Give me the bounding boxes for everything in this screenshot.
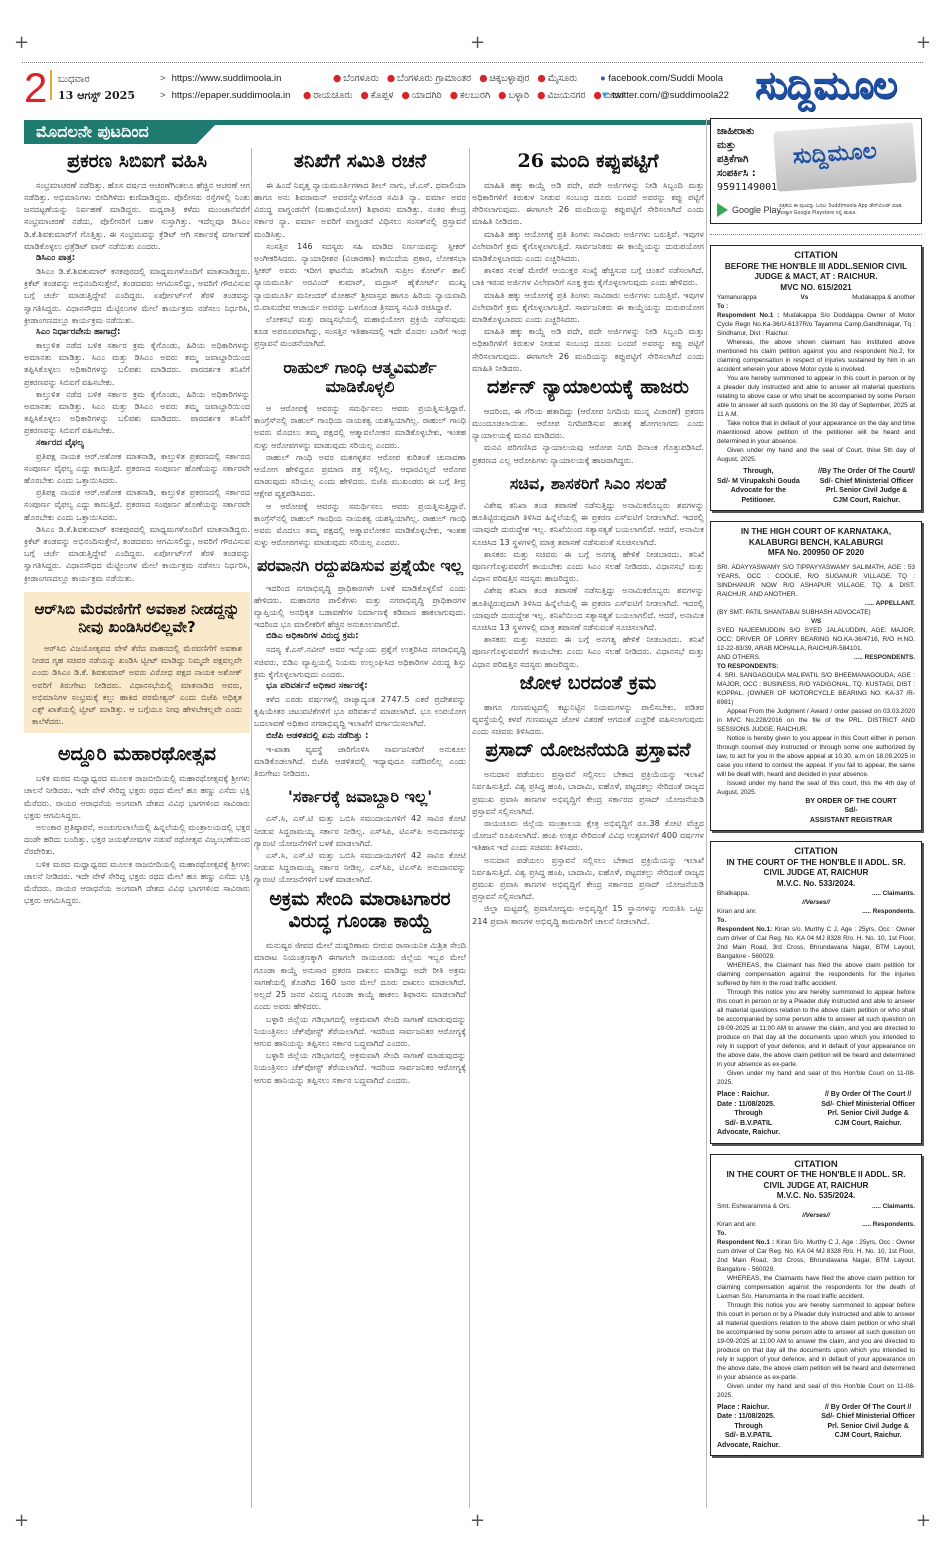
others: AND OTHERS. [717, 653, 761, 662]
date-block: ಬುಧವಾರ 13 ಆಗಸ್ಟ್ 2025 [58, 72, 135, 104]
claimant-row: Smt. Eshwaramma & Ors...... Claimants. [717, 1202, 915, 1211]
sig-line: Petitioner. [717, 496, 800, 506]
respondents-label: ..... Respondents. [862, 907, 915, 916]
page-number: 2 [24, 66, 47, 110]
sig-line: ASSISTANT REGISTRAR [787, 816, 915, 826]
article-text: ಈ ಹಿಂದೆ ನಿವೃತ್ತ ನ್ಯಾಯಮೂರ್ತಿಗಳಾದ ಶೀಲ್ ನಾಗ… [254, 179, 466, 240]
weekday: ಬುಧವಾರ [58, 72, 135, 88]
signature-right: // By Order Of The Court // Sd/- Chief M… [821, 1090, 915, 1138]
appellant-details: SRI. ADAYYASWAMY S/O TIPPAYYASWAMY SALIM… [717, 563, 915, 599]
article-text: ಎಸ್.ಸಿ, ಎಸ್.ಟಿ ಮತ್ತು ಒಬಿಸಿ ಸಮುದಾಯಗಳಿಗೆ 4… [254, 812, 466, 849]
edition-cities: ●ಬೆಂಗಳೂರು ●ಬೆಂಗಳೂರು ಗ್ರಾಮಾಂತರ ●ಚಿಕ್ಕಬಳ್ಳ… [298, 70, 624, 104]
article-text: ಆದರಿಂದ, ಈ ಗೆರಿಯ ಹತಾದಿದ್ದು (ಆರೋಪ ನಿಗದಿಯ ಮ… [472, 405, 704, 442]
legal-notice-mvc-533: CITATION IN THE COURT OF THE HON'BLE II … [710, 841, 922, 1144]
sig-line: Sd/- M Virupakshi Gouda [717, 477, 800, 487]
city: ಕೊಪ್ಪಳ [371, 90, 394, 101]
notice-paragraph: Appeal From the Judgment / Award / order… [717, 707, 915, 734]
masthead: 2 ಬುಧವಾರ 13 ಆಗಸ್ಟ್ 2025 >https://www.sud… [22, 66, 927, 110]
article-text: ರಾಹುಲ್ ಗಾಂಧಿ ಅವರ ಮತಗಳ್ಳತನ ಆರೋಪ ಕುರಿತಂತೆ … [254, 451, 466, 500]
website-links: >https://www.suddimoola.in >https://epap… [160, 70, 290, 104]
claimant-row: Bhatkappa...... Claimants. [717, 889, 915, 898]
respondent-party: Kiran and anr. [717, 907, 757, 916]
sig-line: Advocate, Raichur. [717, 1441, 780, 1451]
notice-court: IN THE HIGH COURT OF KARNATAKA, KALABURG… [717, 527, 915, 548]
headline-darshan: ದರ್ಶನ್ ನ್ಯಾಯಾಲಯಕ್ಕೆ ಹಾಜರು [472, 376, 704, 399]
respondent-label: Respondent No.1: [717, 926, 772, 933]
bullet-icon: ● [333, 73, 341, 84]
versus: V/S [717, 617, 915, 626]
respondent-4: 4. SRI. SANGAGOUDA MALIPATIL S/O BHEEMAN… [717, 671, 915, 707]
crop-mark: + [14, 1512, 29, 1530]
article-text: ಡಿಸಿಎಂ ಡಿ.ಕೆ.ಶಿವಕುಮಾರ್ ಕನಕಪುರದಲ್ಲಿ ಮಾಧ್ಯ… [24, 265, 250, 326]
article-text: ಅನುದಾನ ಪಡೆಯಲು ಪ್ರಸ್ತಾವನೆ ಸಲ್ಲಿಸಲು ಬೇಕಾದ … [472, 768, 704, 817]
versus: Vs [800, 293, 808, 302]
section-title: ಮೊದಲನೇ ಪುಟದಿಂದ [24, 122, 149, 141]
city: ಬೆಂಗಳೂರು ಗ್ರಾಮಾಂತರ [397, 73, 471, 84]
subheading: ಸರ್ಕಾರದ ವೈಫಲ್ಯ [24, 437, 250, 450]
crop-mark: + [916, 1512, 931, 1530]
article-text: ವಿಶೇಷ ತನಿಖಾ ತಂಡ ತಪಾಸಣೆ ನಡೆಸುತ್ತಿದ್ದು ಅನಾ… [472, 584, 704, 633]
article-text: ಕಾಲ್ತುಳಿತ ನಡೆದ ಬಳಿಕ ಸರ್ಕಾರ ಕ್ರಮ ಕೈಗೊಂಡು,… [24, 388, 250, 437]
headline-jowar: ಜೋಳ ಬರದಂತೆ ಕ್ರಮ [472, 672, 704, 695]
city: ಚಿಕ್ಕಬಳ್ಳಾಪುರ [490, 73, 530, 84]
notice-paragraph: Given under my hand and seal of this Hon… [717, 1069, 915, 1087]
headline-cbi: ಪ್ರಕರಣ ಸಿಬಿಐಗೆ ವಹಿಸಿ [24, 150, 250, 173]
sig-line: Through, [717, 467, 800, 477]
highlight-box: ಆರ್‌ಸಿಬಿ ಮೆರವಣಿಗೆಗೆ ಅವಕಾಶ ನೀಡದ್ದನ್ನು ನೀವ… [24, 592, 250, 733]
notice-title: CITATION [717, 847, 915, 858]
notice-paragraph: Whereas, the above shown claimant has in… [717, 338, 915, 374]
notice-paragraph: Through this notice you are hereby summo… [717, 988, 915, 1069]
article-text: ಹಾಗೂ ಗುಣಮಟ್ಟದಲ್ಲಿ ಕಟ್ಟುನಿಟ್ಟಿನ ನಿಯಮಗಳನ್ನ… [472, 701, 704, 738]
sig-line: Date : 11/08/2025. [717, 1412, 780, 1422]
article-text: ಮನವಿ ಪರಿಗಣಿಸಿದ ನ್ಯಾಯಾಲಯವು ಆರೋಪ ನಿಗದಿ ದಿನ… [472, 441, 704, 465]
claimant-label: ..... Claimants. [872, 889, 915, 898]
bullet-icon: ● [498, 90, 506, 101]
bullet-icon: ● [303, 90, 311, 101]
article-text: ಆ ಆರೋಪಕ್ಕೆ ಆವರನ್ನು ಸಮರ್ಥಿಸಲು ಆವರು ಪ್ರಯತ್… [254, 500, 466, 549]
article-text: ಪ್ರತಿಪಕ್ಷ ನಾಯಕ ಆರ್.ಅಶೋಕ ಮಾತನಾಡಿ, ಕಾಲ್ತುಳ… [24, 450, 250, 487]
sig-line: Prl. Senior Civil Judge & [821, 1422, 915, 1432]
paper-logo: ಸುದ್ದಿಮೂಲ [792, 139, 878, 170]
signature-right: // By Order Of The Court // Sd/- Chief M… [821, 1403, 915, 1451]
sig-line: BY ORDER OF THE COURT [787, 797, 915, 807]
notice-to: To. [717, 1229, 915, 1238]
article-text: ಶಾಸಕರು ಮತ್ತು ಸಚಿವರು ಈ ಬಗ್ಗೆ ಅನಗತ್ಯ ಹೇಳಿಕ… [472, 548, 704, 585]
claimant: Smt. Eshwaramma & Ors. [717, 1202, 791, 1211]
column-rule [469, 148, 470, 1508]
facebook-link[interactable]: facebook.com/Suddi Moola [608, 73, 723, 84]
headline-cm-advice: ಸಚಿವ, ಶಾಸಕರಿಗೆ ಸಿಎಂ ಸಲಹೆ [472, 474, 704, 493]
notice-paragraph: You are hereby summoned to appear in thi… [717, 374, 915, 419]
to-respondents: TO RESPONDENTS: [717, 662, 915, 671]
box-headline: ಆರ್‌ಸಿಬಿ ಮೆರವಣಿಗೆಗೆ ಅವಕಾಶ ನೀಡದ್ದನ್ನು ನೀವ… [32, 600, 242, 636]
article-text: ಮಾಹಿತಿ ಹಕ್ಕು ಕಾಯ್ದೆ ಅಡಿ ಪದೇ, ಪದೇ ಅರ್ಜಿಗಳ… [472, 179, 704, 228]
appellant-label: ..... APPELLANT. [717, 599, 915, 608]
city: ಯಾದಗಿರಿ [412, 90, 442, 101]
headline-goonda-act: ಅಕ್ರಮ ಸೇಂದಿ ಮಾರಾಟಗಾರರ ವಿರುದ್ಧ ಗೂಂಡಾ ಕಾಯ್… [254, 888, 466, 934]
article-text: ಇ-ಖಾತಾ ವ್ಯವಸ್ಥೆ ಜಾರಿಗೊಳಿಸಿ ಸಾರ್ವಜನಿಕರಿಗೆ… [254, 743, 466, 780]
sig-line: Sd/- Chief Ministerial Officer [821, 1100, 915, 1110]
sig-line: Sd/- [787, 806, 915, 816]
city: ಮೈಸೂರು [548, 73, 578, 84]
subheading: ಬಿಜೆಪಿ ಆಡಳಿತದಲ್ಲಿ ಏನು ನಡೆದಿತ್ತು : [254, 730, 466, 743]
sig-line: // By Order Of The Court // [821, 1090, 915, 1100]
city: ಬಳ್ಳಾರಿ [508, 90, 529, 101]
headline-prasad-scheme: ಪ್ರಸಾದ್ ಯೋಜನೆಯಡಿ ಪ್ರಸ್ತಾವನೆ [472, 739, 704, 762]
notice-paragraph: WHEREAS, the Claimants have filed the ab… [717, 1274, 915, 1301]
notice-signatures: Place : Raichur. Date : 11/08/2025. Thro… [717, 1090, 915, 1138]
versus: //Verses// [717, 1211, 915, 1220]
section-banner: ಮೊದಲನೇ ಪುಟದಿಂದ [24, 120, 710, 144]
store-label: Google Play [732, 205, 781, 215]
article-text: ಜಿಲ್ಲಾ ಮಟ್ಟದಲ್ಲಿ ಪ್ರವಾಸೋದ್ಯಮ ಅಭಿವೃದ್ಧಿಗೆ… [472, 902, 704, 926]
article-column-1: ಪ್ರಕರಣ ಸಿಬಿಐಗೆ ವಹಿಸಿ ಸಂಭ್ರಮಾಚರಣೆ ನಡೆದಿತ್… [24, 148, 250, 1508]
legal-notice-mvc-615: CITATION BEFORE THE HON'BLE III ADDL.SEN… [710, 245, 922, 511]
city: ಬೆಂಗಳೂರು [343, 73, 378, 84]
versus: //Verses// [717, 898, 915, 907]
city: ಕಲಬುರಗಿ [460, 90, 490, 101]
respondent-label: Respondent No.1 : [717, 1239, 774, 1246]
article-text: ಡಿಸಿಎಂ ಡಿ.ಕೆ.ಶಿವಕುಮಾರ್ ಕನಕಪುರದಲ್ಲಿ ಮಾಧ್ಯ… [24, 523, 250, 584]
article-text: ಸಂಭ್ರಮಾಚರಣೆ ನಡೆದಿತ್ತು. ಹೊಸ ವರ್ಷದ ಆಚರಣೆಗಿ… [24, 179, 250, 252]
sig-line: Sd/- B.V.PATIL [717, 1119, 780, 1129]
article-text: ಮನುಷ್ಯರ ಜೀವದ ಮೇಲೆ ದುಷ್ಪರಿಣಾಮ ಬೀರುವ ರಾಸಾಯ… [254, 939, 466, 1012]
signature-left: Through, Sd/- M Virupakshi Gouda Advocat… [717, 467, 800, 505]
article-text: ಮಾಹಿತಿ ಹಕ್ಕು ಕಾಯ್ದೆ ಅಡಿ ಪದೇ, ಪದೇ ಅರ್ಜಿಗಳ… [472, 325, 704, 374]
chevron-right-icon: > [160, 73, 166, 84]
article-text: ವಿಶೇಷ ತನಿಖಾ ತಂಡ ತಪಾಸಣೆ ನಡೆಸುತ್ತಿದ್ದು ಅನಾ… [472, 499, 704, 548]
sig-line: Prl. Senior Civil Judge & [818, 486, 915, 496]
notice-case-no: MVC NO. 615/2021 [717, 283, 915, 294]
notice-title: CITATION [717, 1160, 915, 1171]
crop-mark: + [470, 34, 485, 52]
notice-paragraph: Take notice that in default of your appe… [717, 419, 915, 446]
notice-to: To : [717, 302, 915, 311]
respondents-label: ..... Respondents. [862, 1220, 915, 1229]
respondent-party: Mudakappa & another [852, 293, 915, 302]
bullet-icon: ● [537, 90, 545, 101]
article-column-3: 26 ಮಂದಿ ಕಪ್ಪುಪಟ್ಟಿಗೆ ಮಾಹಿತಿ ಹಕ್ಕು ಕಾಯ್ದೆ… [472, 148, 704, 1508]
article-text: ಕಾಲ್ತುಳಿತ ನಡೆದ ಬಳಿಕ ಸರ್ಕಾರ ಕ್ರಮ ಕೈಗೊಂಡು,… [24, 339, 250, 388]
signature-block: BY ORDER OF THE COURT Sd/- ASSISTANT REG… [787, 797, 915, 826]
headline-rahul: ರಾಹುಲ್ ಗಾಂಧಿ ಆತ್ಮವಿಮರ್ಶೆ ಮಾಡಿಕೊಳ್ಳಲಿ [254, 358, 466, 396]
notice-to: To. [717, 916, 915, 925]
sig-line: Place : Raichur. [717, 1403, 780, 1413]
sig-line: //By The Order Of The Court// [818, 467, 915, 477]
notice-case-no: M.V.C. No. 533/2024. [717, 879, 915, 890]
sig-line: Sd/- Chief Ministerial Officer [818, 477, 915, 487]
newspaper-image: ಸುದ್ದಿಮೂಲ [773, 122, 917, 192]
notice-paragraph: Given under my hand and the seal of Cour… [717, 446, 915, 464]
article-text: ಸಂಸತ್ತಿನ 146 ಸದಸ್ಯರು ಸಹಿ ಮಾಡಿದ ನಿರ್ಣಯವನ್… [254, 240, 466, 313]
bullet-icon: ● [402, 90, 410, 101]
notice-case-no: MFA No. 200950 OF 2020 [717, 548, 915, 559]
google-play-icon [717, 203, 728, 217]
bullet-icon: ● [387, 73, 395, 84]
sig-line: Through [717, 1422, 780, 1432]
notice-paragraph: Notice is hereby given to you appear in … [717, 734, 915, 779]
notice-title: CITATION [717, 251, 915, 262]
petitioner: Yamanurappa [717, 293, 757, 302]
banner-rule [194, 120, 710, 125]
notice-court: IN THE COURT OF THE HON'BLE II ADDL. SR.… [717, 858, 915, 879]
notice-paragraph: Through this notice you are hereby summo… [717, 1301, 915, 1382]
website-link[interactable]: https://www.suddimoola.in [172, 73, 282, 84]
social-links: ● facebook.com/Suddi Moola ▼ twitter.com… [600, 70, 729, 104]
crop-mark: + [470, 1512, 485, 1530]
city: ರಾಯಚೂರು [313, 90, 352, 101]
notice-respondent: Respondent No.1: Kiran s/o. Murthy C J, … [717, 925, 915, 961]
twitter-icon: ▼ [600, 90, 609, 101]
article-text: ಮಾಹಿತಿ ಹಕ್ಕು ಆಯೋಗಕ್ಕೆ ಪ್ರತಿ ತಿಂಗಳು ಸಾವಿರ… [472, 228, 704, 265]
box-text: ಆರ್‌ಸಿಬಿ ವಿಜಯೋತ್ಸವದ ವೇಳೆ ತೆರೆದ ವಾಹನದಲ್ಲಿ… [32, 642, 242, 727]
bullet-icon: ● [479, 73, 487, 84]
claimant: Bhatkappa. [717, 889, 749, 898]
sig-line: Sd/- B.V.PATIL [717, 1431, 780, 1441]
article-text: ಲೋಕಸಭೆ ಮತ್ತು ರಾಜ್ಯಸಭೆಯಲ್ಲಿ ಮಹಾಭಿಯೋಗ ಪ್ರಕ… [254, 313, 466, 350]
notice-respondent: Respomdent No.1 : Mudakappa S/o Doddappa… [717, 311, 915, 338]
signature-right: //By The Order Of The Court// Sd/- Chief… [818, 467, 915, 505]
column-rule [251, 148, 252, 1508]
newspaper-logo: ಸುದ್ದಿಮೂಲ [755, 62, 896, 108]
article-text: ಇದರಿಂದ ನಗರಾಭಿವೃದ್ಧಿ ಪ್ರಾಧಿಕಾರಗಳೇ ಬಳಕೆ ಮಾ… [254, 582, 466, 631]
google-play-badge[interactable]: Google Play [717, 203, 781, 217]
subheading: ಭೂ ಪರಿವರ್ತನೆ ಅಧಿಕಾರ ಸರ್ಕಾರಕ್ಕೆ: [254, 680, 466, 693]
article-text: ಶಾಸಕರು ಮತ್ತು ಸಚಿವರು ಈ ಬಗ್ಗೆ ಅನಗತ್ಯ ಹೇಳಿಕ… [472, 633, 704, 670]
headline-responsibility: 'ಸರ್ಕಾರಕ್ಕೆ ಜವಾಬ್ದಾರಿ ಇಲ್ಲ' [254, 787, 466, 806]
respondents-label: ..... RESPONDENTS. [854, 653, 915, 662]
masthead-divider [50, 70, 52, 100]
notice-respondent: Respondent No.1 : Kiran S/o. Murthy C J,… [717, 1238, 915, 1274]
headline-license: ಪರವಾನಗಿ ರದ್ದುಪಡಿಸುವ ಪ್ರಶ್ನೆಯೇ ಇಲ್ಲ [254, 556, 466, 575]
article-text: ಕಳೆದ ಎರಡು ವರ್ಷಗಳಲ್ಲಿ ರಾಜ್ಯಾದ್ಯಂತ 2747.5 … [254, 693, 466, 730]
claimant-label: ..... Claimants. [872, 1202, 915, 1211]
notice-paragraph: Given under my hand and seal of this Hon… [717, 1382, 915, 1400]
facebook-icon: ● [600, 73, 606, 84]
article-text: ಮಾಹಿತಿ ಹಕ್ಕು ಆಯೋಗಕ್ಕೆ ಪ್ರತಿ ತಿಂಗಳು ಸಾವಿರ… [472, 289, 704, 326]
signature-left: Place : Raichur. Date : 11/08/2025. Thro… [717, 1090, 780, 1138]
article-text: ಬಳಿಕ ಮಠದ ಮಧ್ವಾಧ್ವರದ ಮೂಲಕ ರಾಜಬೀದಿಯಲ್ಲಿ ಮಹ… [24, 772, 250, 821]
subheading: ಬಿಡಿಎ ಅಧಿಕಾರಿಗಳ ವಿರುದ್ಧ ಕ್ರಮ: [254, 630, 466, 643]
subheading: ಸಿಎಂ ನಿರ್ಧಾರವೇನು ಹಾಗಾದ್ರೆ: [24, 326, 250, 339]
legal-notice-mfa-200950: IN THE HIGH COURT OF KARNATAKA, KALABURG… [710, 521, 922, 831]
article-text: ರಾಯಚೂರು ಜಿಲ್ಲೆಯ ಮಂತ್ರಾಲಯ ಕ್ಷೇತ್ರ ಅಭಿವೃದ್… [472, 817, 704, 854]
sig-line: Advocate for the [717, 486, 800, 496]
respondent-row: Kiran and anr...... Respondents. [717, 1220, 915, 1229]
headline-rathotsava: ಅದ್ದೂರಿ ಮಹಾರಥೋತ್ಸವ [24, 743, 250, 766]
crop-mark: + [14, 34, 29, 52]
chevron-right-icon: > [160, 90, 166, 101]
notice-signatures: Place : Raichur. Date : 11/08/2025. Thro… [717, 1403, 915, 1451]
bullet-icon: ● [537, 73, 545, 84]
respondent-label: Respomdent No.1 : [717, 312, 779, 319]
headline-committee: ತನಿಖೆಗೆ ಸಮಿತಿ ರಚನೆ [254, 150, 466, 173]
sig-line: Sd/- Chief Ministerial Officer [821, 1412, 915, 1422]
legal-notice-mvc-535: CITATION IN THE COURT OF THE HON'BLE II … [710, 1154, 922, 1457]
sig-line: CJM Court, Raichur. [821, 1431, 915, 1441]
article-column-2: ತನಿಖೆಗೆ ಸಮಿತಿ ರಚನೆ ಈ ಹಿಂದೆ ನಿವೃತ್ತ ನ್ಯಾಯ… [254, 148, 466, 1508]
sig-line: Date : 11/08/2025. [717, 1100, 780, 1110]
respondent-row: AND OTHERS. ..... RESPONDENTS. [717, 653, 915, 662]
sig-line: Prl. Senior Civil Judge & [821, 1109, 915, 1119]
signature-left: Place : Raichur. Date : 11/08/2025. Thro… [717, 1403, 780, 1451]
sig-line: CJM Court, Raichur. [821, 1119, 915, 1129]
issue-date: 13 ಆಗಸ್ಟ್ 2025 [58, 88, 135, 104]
respondent-party: Kiran and anr. [717, 1220, 757, 1229]
sig-line: CJM Court, Raichur. [818, 496, 915, 506]
city: ವಿಜಯನಗರ [547, 90, 585, 101]
respondent-details: SYED NAJEEMUDDIN S/O SYED JALALUDDIN, AG… [717, 626, 915, 653]
article-text: ಅಲಂಕಾರ ಪ್ರತಿಷ್ಠಾಪನೆ, ಅಂಚುಗುಲಾಲೆಯಲ್ಲಿ ಹಿನ… [24, 821, 250, 858]
article-text: ಎಸ್.ಸಿ, ಎಸ್.ಟಿ ಮತ್ತು ಒಬಿಸಿ ಸಮುದಾಯಗಳಿಗೆ 4… [254, 849, 466, 886]
column-rule [706, 118, 707, 1508]
notice-case-no: M.V.C. No. 535/2024. [717, 1191, 915, 1202]
epaper-link[interactable]: https://epaper.suddimoola.in [172, 90, 291, 101]
twitter-link[interactable]: twitter.com/@suddimoola22 [612, 90, 729, 101]
sig-line: Place : Raichur. [717, 1090, 780, 1100]
respondent-row: Kiran and anr...... Respondents. [717, 907, 915, 916]
article-text: ಬಳಿಕ ಮಠದ ಮಧ್ವಾಧ್ವರದ ಮೂಲಕ ರಾಜಬೀದಿಯಲ್ಲಿ ಮಹ… [24, 858, 250, 907]
article-text: ಸದಸ್ಯ ಕೆ.ಎಸ್.ನವೀನ್ ಅವರ ಇನ್ನೊಂದು ಪ್ರಶ್ನೆಗ… [254, 643, 466, 680]
notice-signatures: Through, Sd/- M Virupakshi Gouda Advocat… [717, 467, 915, 505]
sig-line: // By Order Of The Court // [821, 1403, 915, 1413]
article-text: ಬಳ್ಳಾರಿ ಜಿಲ್ಲೆಯ ಗಡಿಭಾಗದಲ್ಲಿ ಅಕ್ರಮವಾಗಿ ಸೇ… [254, 1013, 466, 1050]
advocate: (BY SMT. PATIL SHANTABAI SUBHASH ADVOCAT… [717, 608, 915, 617]
notice-parties: Yamanurappa Vs Mudakappa & another [717, 293, 915, 302]
article-text: ಶಾಸಕರ ಸಲಹೆ ಮೇರೆಗೆ ಆಯುಕ್ತರ ಸಂಖ್ಯೆ ಹೆಚ್ಚಿಸ… [472, 264, 704, 288]
article-text: ಪ್ರತಿಪಕ್ಷ ನಾಯಕ ಆರ್.ಅಶೋಕ ಮಾತನಾಡಿ, ಕಾಲ್ತುಳ… [24, 486, 250, 523]
bullet-icon: ● [360, 90, 368, 101]
sig-line: Advocate, Raichur. [717, 1128, 780, 1138]
divider [710, 234, 922, 235]
bullet-icon: ● [450, 90, 458, 101]
banner-tab: ಮೊದಲನೇ ಪುಟದಿಂದ [24, 120, 220, 144]
crop-mark: + [916, 34, 931, 52]
classifieds-column: ಜಾಹೀರಾತು ಮತ್ತು ಪತ್ರಿಕೆಗಾಗಿ ಸಂಪರ್ಕಿಸಿ : 9… [710, 118, 922, 1466]
ad-small-text: ಪತ್ರಿಕೆಯ ಈ ಪುಟವನ್ನು ಓದಲು Suddimoola App … [779, 203, 915, 217]
subheading: ಡಿಸಿಎಂ ಪಾತ್ರ: [24, 252, 250, 265]
notice-paragraph: WHEREAS, the Claimant has filed the abov… [717, 961, 915, 988]
article-text: ಬಳ್ಳಾರಿ ಜಿಲ್ಲೆಯ ಗಡಿಭಾಗದಲ್ಲಿ ಅಕ್ರಮವಾಗಿ ಸೇ… [254, 1049, 466, 1086]
notice-paragraph: Issued under my hand the seal of this co… [717, 779, 915, 797]
notice-court: BEFORE THE HON'BLE III ADDL.SENIOR CIVIL… [717, 262, 915, 283]
sig-line: Through [717, 1109, 780, 1119]
article-text: ಆ ಆರೋಪಕ್ಕೆ ಆವರನ್ನು ಸಮರ್ಥಿಸಲು ಆವರು ಪ್ರಯತ್… [254, 402, 466, 451]
advertisement-box: ಜಾಹೀರಾತು ಮತ್ತು ಪತ್ರಿಕೆಗಾಗಿ ಸಂಪರ್ಕಿಸಿ : 9… [710, 118, 922, 224]
headline-blacklist: 26 ಮಂದಿ ಕಪ್ಪುಪಟ್ಟಿಗೆ [472, 150, 704, 173]
article-text: ಅನುದಾನ ಪಡೆಯಲು ಪ್ರಸ್ತಾವನೆ ಸಲ್ಲಿಸಲು ಬೇಕಾದ … [472, 854, 704, 903]
notice-court: IN THE COURT OF THE HON'BLE II ADDL. SR.… [717, 1170, 915, 1191]
